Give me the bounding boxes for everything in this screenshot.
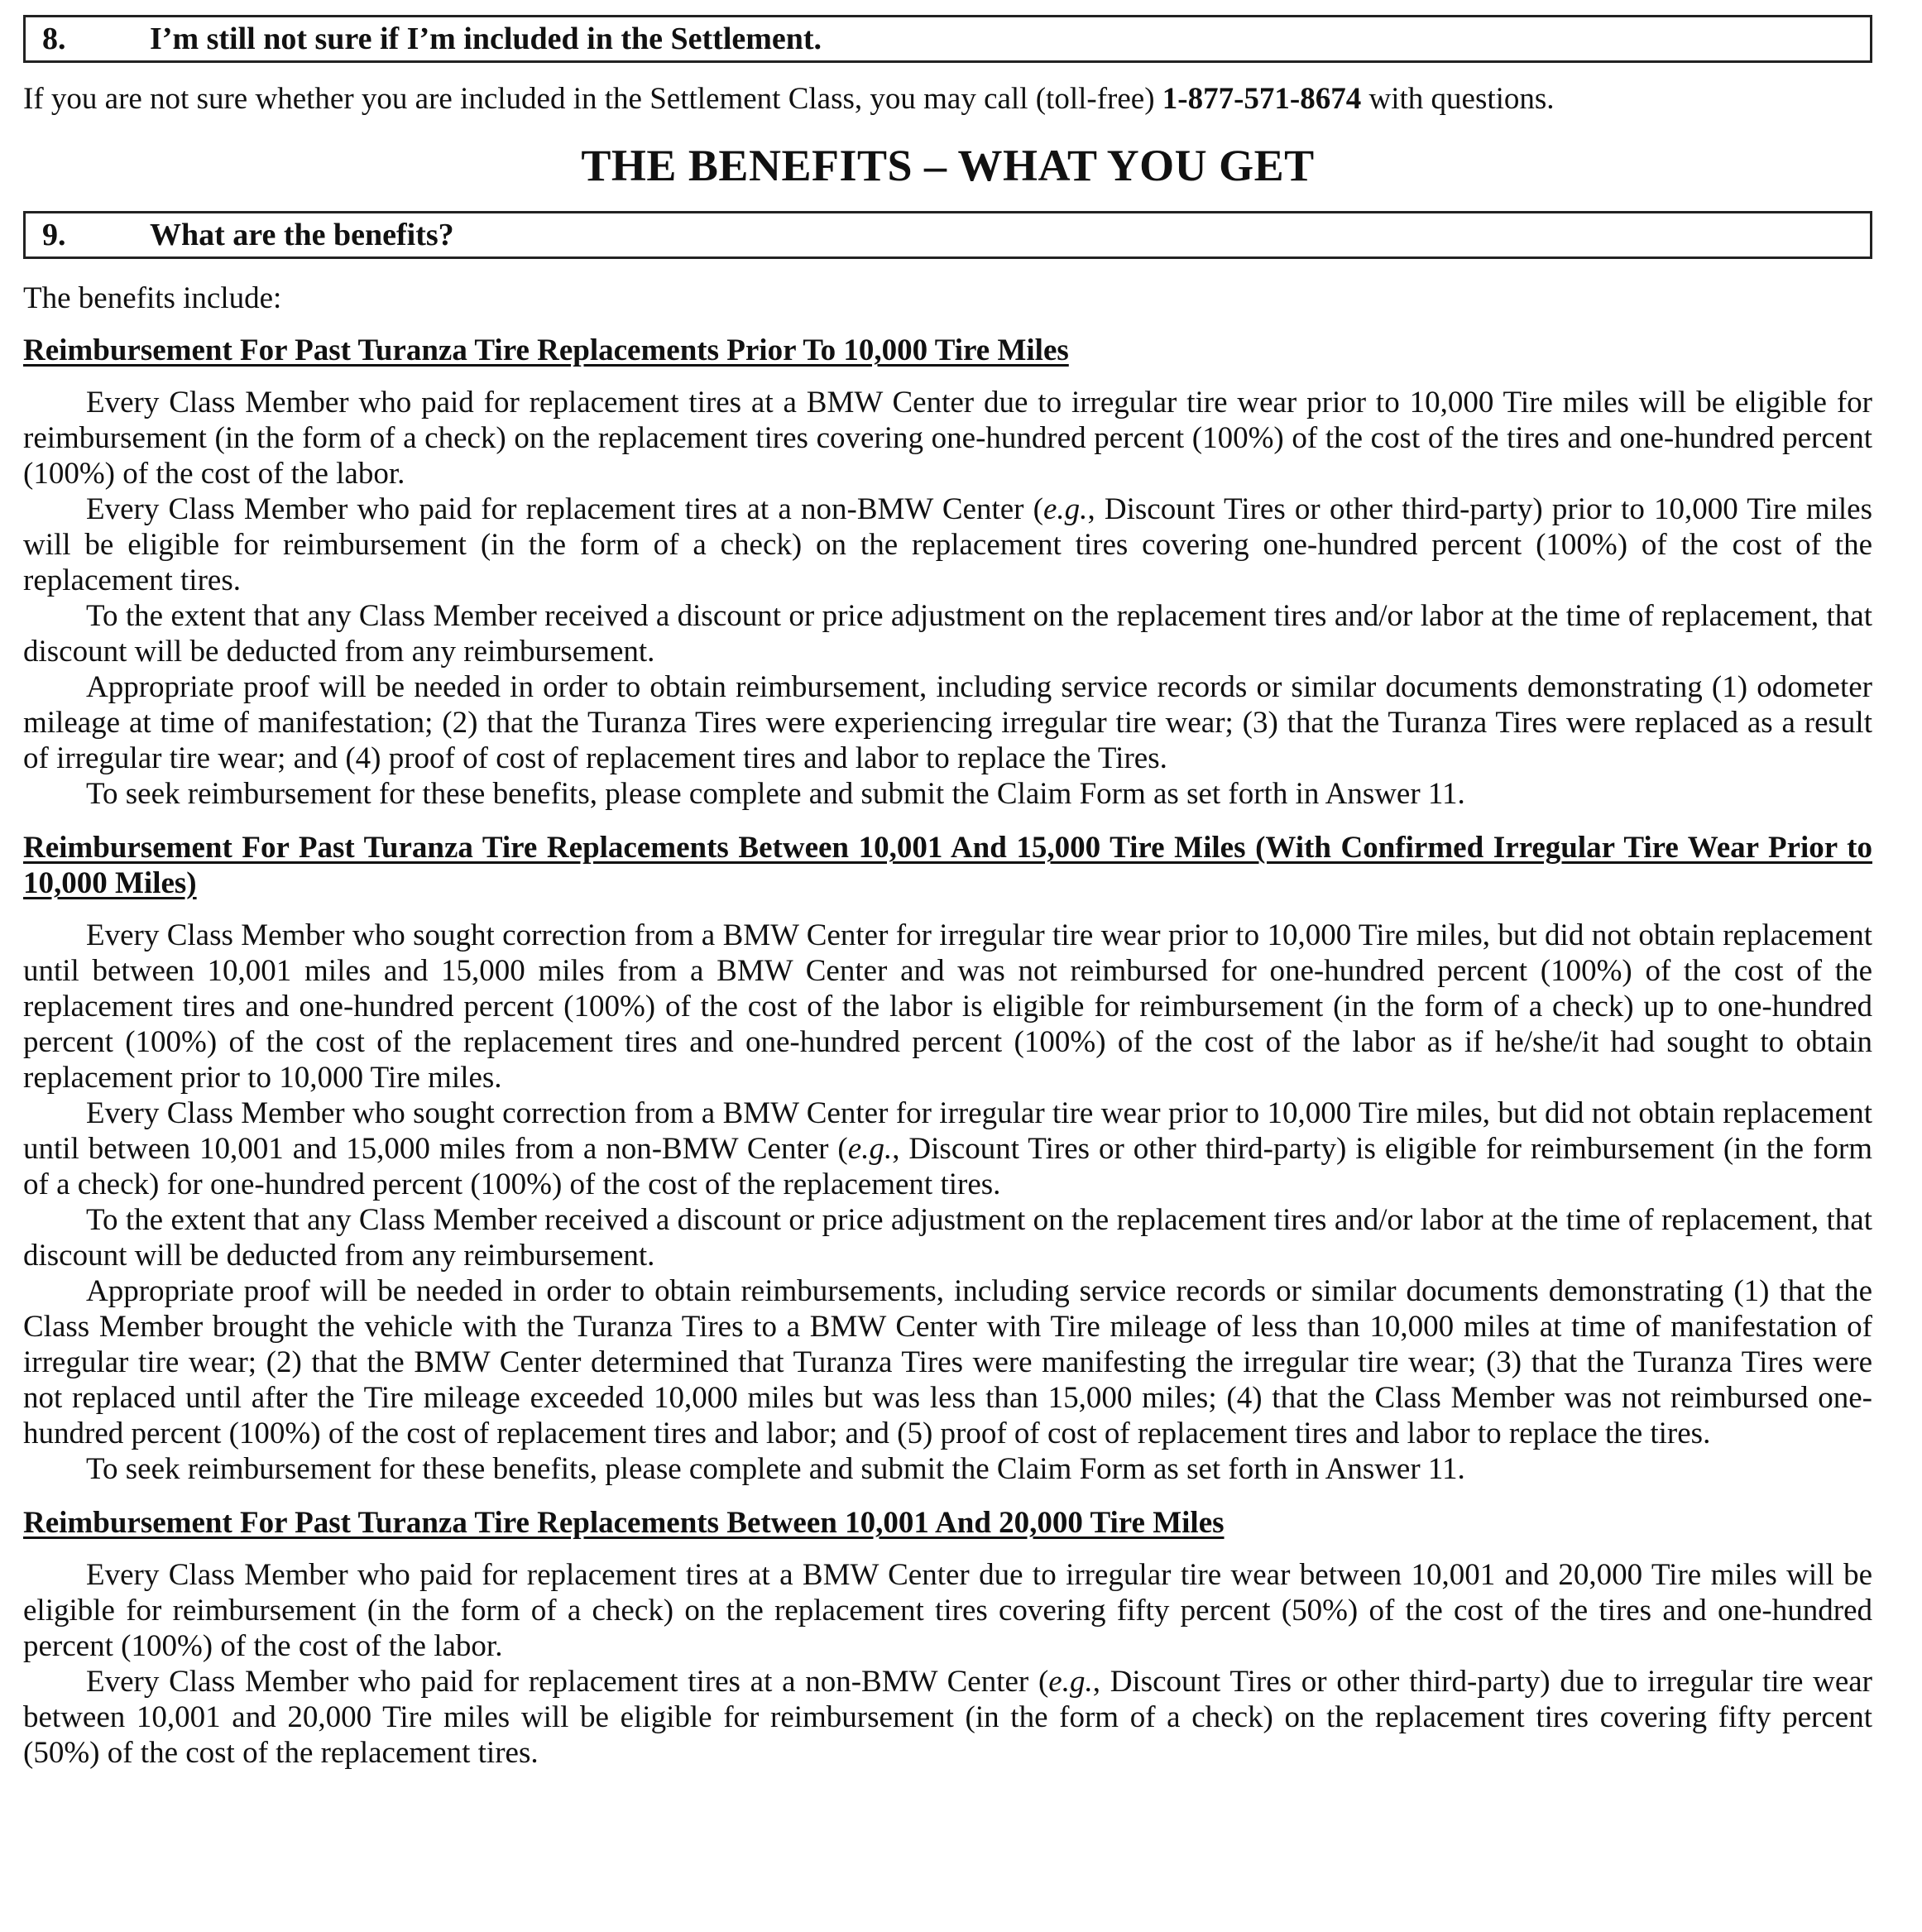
question-8-header: 8. I’m still not sure if I’m included in…: [23, 15, 1872, 63]
question-title: What are the benefits?: [150, 217, 454, 253]
subsection-heading: Reimbursement For Past Turanza Tire Repl…: [23, 1505, 1872, 1541]
paragraph: To the extent that any Class Member rece…: [23, 1202, 1872, 1273]
text: Every Class Member who paid for replacem…: [86, 492, 1043, 526]
section-title: THE BENEFITS – WHAT YOU GET: [23, 140, 1872, 191]
paragraph: Every Class Member who sought correction…: [23, 918, 1872, 1095]
question-number: 9.: [26, 217, 150, 253]
paragraph: Every Class Member who paid for replacem…: [23, 385, 1872, 491]
paragraph: To seek reimbursement for these benefits…: [23, 1451, 1872, 1487]
paragraph: Every Class Member who paid for replacem…: [23, 1557, 1872, 1664]
paragraph: Appropriate proof will be needed in orde…: [23, 1273, 1872, 1451]
subsection-heading: Reimbursement For Past Turanza Tire Repl…: [23, 830, 1872, 901]
paragraph: Appropriate proof will be needed in orde…: [23, 669, 1872, 776]
answer-text-end: with questions.: [1361, 82, 1554, 116]
text: Every Class Member who paid for replacem…: [86, 1665, 1048, 1699]
question-title: I’m still not sure if I’m included in th…: [150, 21, 822, 57]
italic-text: e.g.: [1048, 1665, 1092, 1699]
paragraph: To seek reimbursement for these benefits…: [23, 776, 1872, 812]
italic-text: e.g.: [848, 1132, 892, 1166]
paragraph: Every Class Member who paid for replacem…: [23, 491, 1872, 598]
question-number: 8.: [26, 21, 150, 57]
toll-free-phone-number: 1-877-571-8674: [1162, 82, 1361, 116]
paragraph: To the extent that any Class Member rece…: [23, 598, 1872, 669]
answer-text: If you are not sure whether you are incl…: [23, 82, 1162, 116]
paragraph: Every Class Member who paid for replacem…: [23, 1664, 1872, 1771]
question-9-header: 9. What are the benefits?: [23, 211, 1872, 259]
subsection-heading: Reimbursement For Past Turanza Tire Repl…: [23, 333, 1872, 368]
benefits-intro: The benefits include:: [23, 280, 1872, 316]
italic-text: e.g.: [1043, 492, 1087, 526]
document-page: 8. I’m still not sure if I’m included in…: [0, 0, 1922, 1771]
question-8-answer: If you are not sure whether you are incl…: [23, 81, 1872, 117]
paragraph: Every Class Member who sought correction…: [23, 1095, 1872, 1202]
